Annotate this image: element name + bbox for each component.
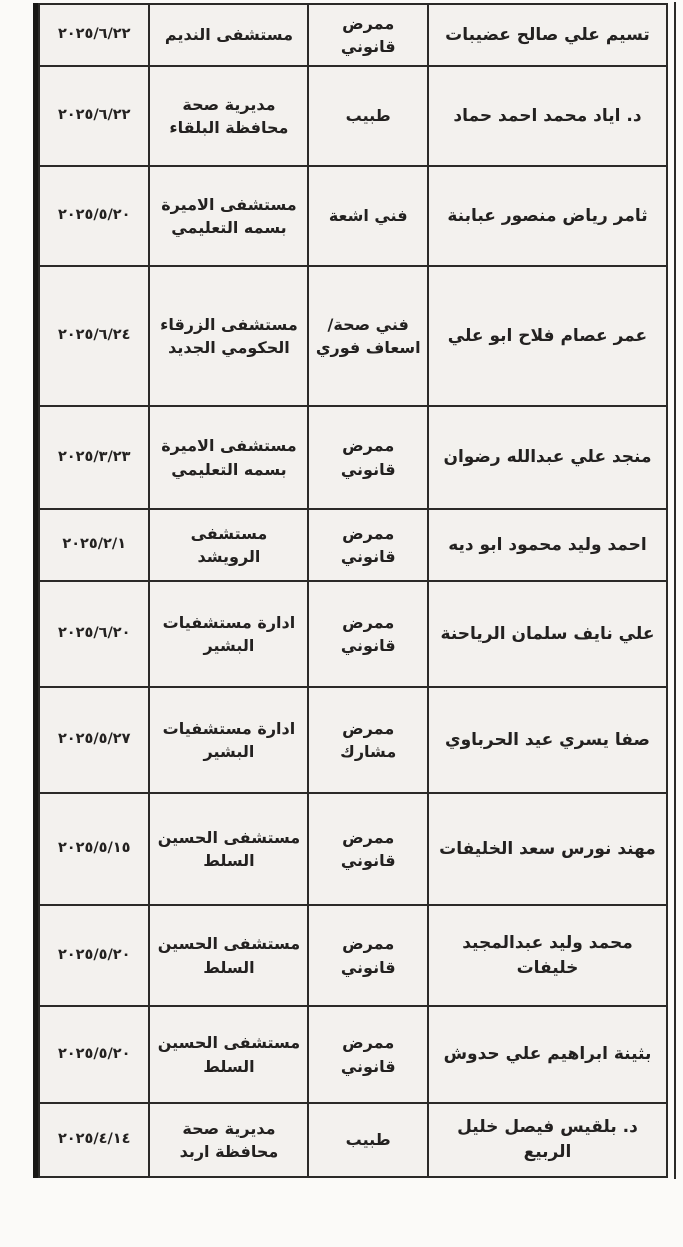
employee-name-cell: ثامر رياض منصور عبابنة bbox=[428, 166, 667, 266]
workplace-cell: مستشفى الاميرة بسمه التعليمي bbox=[149, 166, 308, 266]
table-row: منجد علي عبدالله رضوان ممرض قانوني مستشف… bbox=[39, 406, 667, 509]
scanned-document-page: تسيم علي صالح عضيبات ممرض قانوني مستشفى … bbox=[0, 0, 683, 1247]
date-cell: ٢٠٢٥/٦/٢٢ bbox=[39, 66, 149, 166]
appointments-table: تسيم علي صالح عضيبات ممرض قانوني مستشفى … bbox=[33, 3, 668, 1178]
date-cell: ٢٠٢٥/٤/١٤ bbox=[39, 1103, 149, 1177]
date-cell: ٢٠٢٥/٥/٢٧ bbox=[39, 687, 149, 793]
workplace-cell: ادارة مستشفيات البشير bbox=[149, 687, 308, 793]
table-row: محمد وليد عبدالمجيد خليفات ممرض قانوني م… bbox=[39, 905, 667, 1006]
job-title-cell: ممرض قانوني bbox=[308, 581, 428, 687]
job-title-cell: فني اشعة bbox=[308, 166, 428, 266]
employee-name-cell: منجد علي عبدالله رضوان bbox=[428, 406, 667, 509]
date-cell: ٢٠٢٥/٥/٢٠ bbox=[39, 166, 149, 266]
table-row: عمر عصام فلاح ابو علي فني صحة/ اسعاف فور… bbox=[39, 266, 667, 406]
employee-name-cell: د. اياد محمد احمد حماد bbox=[428, 66, 667, 166]
employee-name-cell: مهند نورس سعد الخليفات bbox=[428, 793, 667, 905]
date-cell: ٢٠٢٥/٦/٢٠ bbox=[39, 581, 149, 687]
workplace-cell: مستشفى الحسين السلط bbox=[149, 905, 308, 1006]
employee-name-cell: عمر عصام فلاح ابو علي bbox=[428, 266, 667, 406]
job-title-cell: ممرض قانوني bbox=[308, 905, 428, 1006]
table-row: احمد وليد محمود ابو ديه ممرض قانوني مستش… bbox=[39, 509, 667, 581]
workplace-cell: مستشفى الحسين السلط bbox=[149, 793, 308, 905]
employee-name-cell: د. بلقيس فيصل خليل الربيع bbox=[428, 1103, 667, 1177]
workplace-cell: مستشفى الاميرة بسمه التعليمي bbox=[149, 406, 308, 509]
job-title-cell: فني صحة/ اسعاف فوري bbox=[308, 266, 428, 406]
workplace-cell: مستشفى الزرقاء الحكومي الجديد bbox=[149, 266, 308, 406]
workplace-cell: مديرية صحة محافظة البلقاء bbox=[149, 66, 308, 166]
date-cell: ٢٠٢٥/٢/١ bbox=[39, 509, 149, 581]
date-cell: ٢٠٢٥/٦/٢٢ bbox=[39, 4, 149, 66]
workplace-cell: مديرية صحة محافظة اربد bbox=[149, 1103, 308, 1177]
job-title-cell: ممرض قانوني bbox=[308, 1006, 428, 1103]
employee-name-cell: محمد وليد عبدالمجيد خليفات bbox=[428, 905, 667, 1006]
workplace-cell: ادارة مستشفيات البشير bbox=[149, 581, 308, 687]
workplace-cell: مستشفى الحسين السلط bbox=[149, 1006, 308, 1103]
date-cell: ٢٠٢٥/٦/٢٤ bbox=[39, 266, 149, 406]
employee-name-cell: علي نايف سلمان الرياحنة bbox=[428, 581, 667, 687]
table-row: مهند نورس سعد الخليفات ممرض قانوني مستشف… bbox=[39, 793, 667, 905]
table-row: تسيم علي صالح عضيبات ممرض قانوني مستشفى … bbox=[39, 4, 667, 66]
employee-name-cell: تسيم علي صالح عضيبات bbox=[428, 4, 667, 66]
table-row: د. اياد محمد احمد حماد طبيب مديرية صحة م… bbox=[39, 66, 667, 166]
job-title-cell: ممرض قانوني bbox=[308, 4, 428, 66]
table-row: بثينة ابراهيم علي حدوش ممرض قانوني مستشف… bbox=[39, 1006, 667, 1103]
table-row: علي نايف سلمان الرياحنة ممرض قانوني ادار… bbox=[39, 581, 667, 687]
job-title-cell: ممرض قانوني bbox=[308, 793, 428, 905]
workplace-cell: مستشفى الرويشد bbox=[149, 509, 308, 581]
employee-name-cell: صفا يسري عيد الحرباوي bbox=[428, 687, 667, 793]
employee-name-cell: احمد وليد محمود ابو ديه bbox=[428, 509, 667, 581]
job-title-cell: ممرض قانوني bbox=[308, 406, 428, 509]
appointments-table-grid: تسيم علي صالح عضيبات ممرض قانوني مستشفى … bbox=[38, 3, 668, 1178]
date-cell: ٢٠٢٥/٥/١٥ bbox=[39, 793, 149, 905]
table-row: د. بلقيس فيصل خليل الربيع طبيب مديرية صح… bbox=[39, 1103, 667, 1177]
date-cell: ٢٠٢٥/٥/٢٠ bbox=[39, 1006, 149, 1103]
job-title-cell: ممرض مشارك bbox=[308, 687, 428, 793]
table-row: ثامر رياض منصور عبابنة فني اشعة مستشفى ا… bbox=[39, 166, 667, 266]
workplace-cell: مستشفى النديم bbox=[149, 4, 308, 66]
job-title-cell: ممرض قانوني bbox=[308, 509, 428, 581]
job-title-cell: طبيب bbox=[308, 66, 428, 166]
table-row: صفا يسري عيد الحرباوي ممرض مشارك ادارة م… bbox=[39, 687, 667, 793]
date-cell: ٢٠٢٥/٣/٢٣ bbox=[39, 406, 149, 509]
job-title-cell: طبيب bbox=[308, 1103, 428, 1177]
table-body: تسيم علي صالح عضيبات ممرض قانوني مستشفى … bbox=[39, 4, 667, 1177]
employee-name-cell: بثينة ابراهيم علي حدوش bbox=[428, 1006, 667, 1103]
date-cell: ٢٠٢٥/٥/٢٠ bbox=[39, 905, 149, 1006]
